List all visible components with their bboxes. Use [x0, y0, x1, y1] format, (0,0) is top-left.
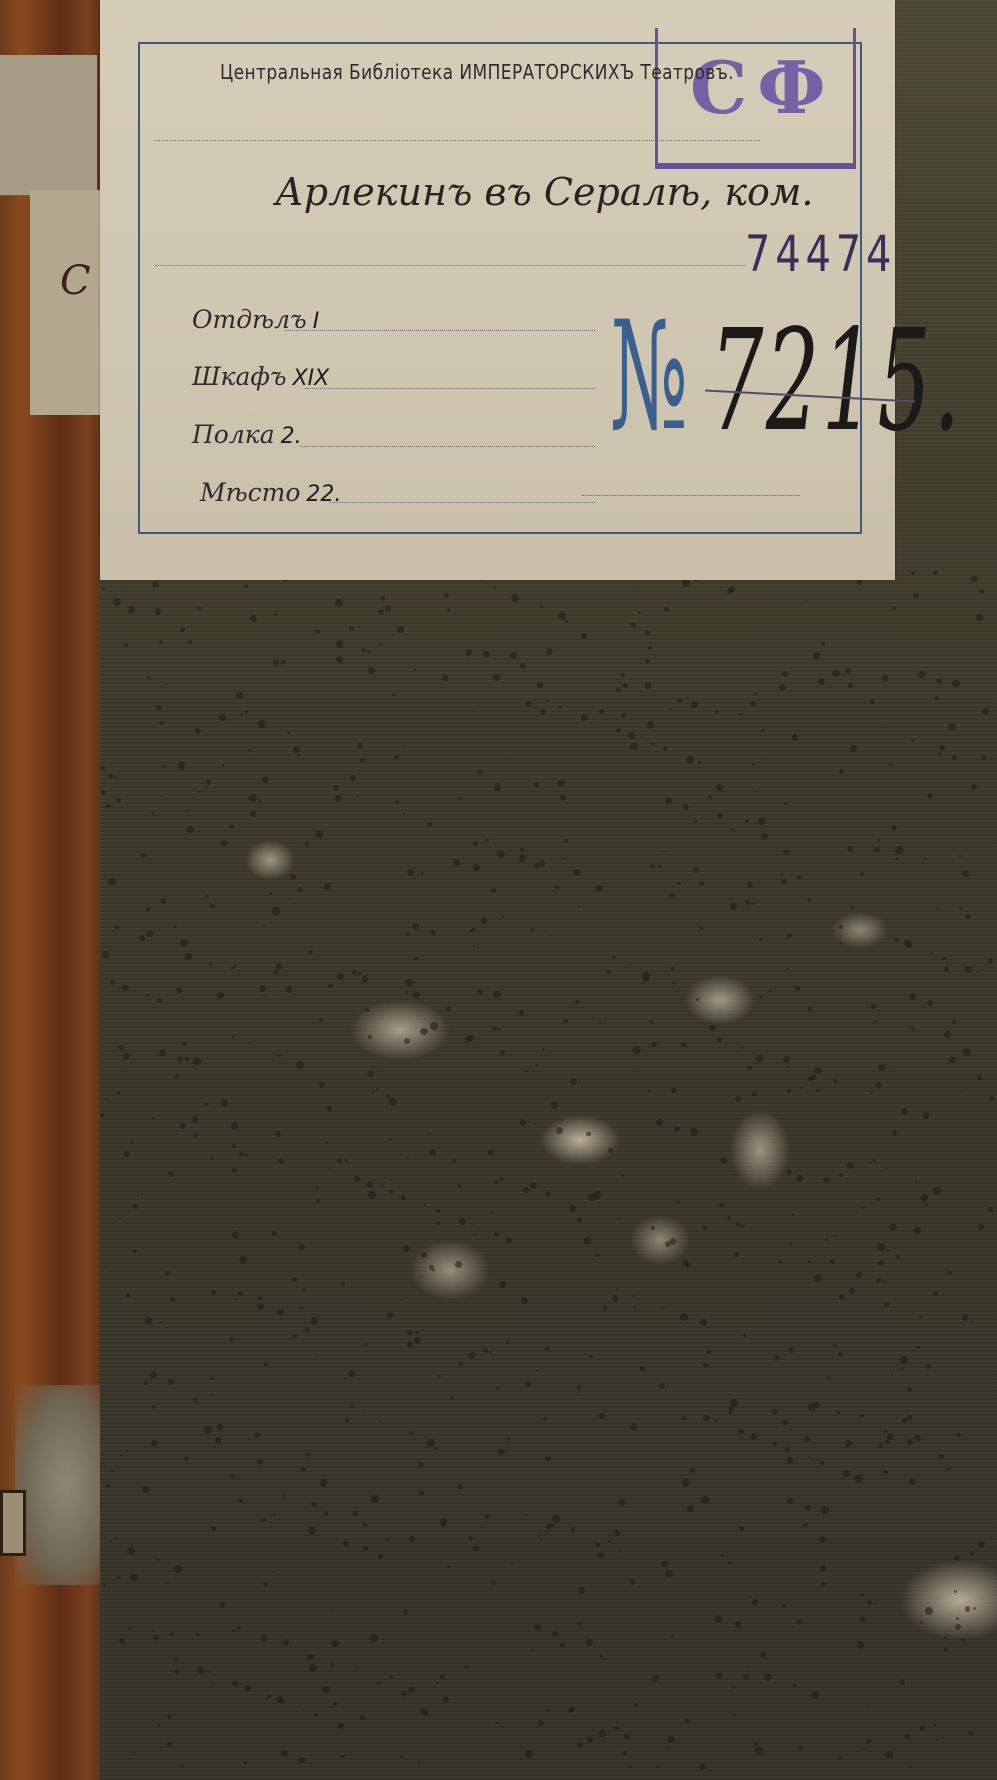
marble-speck — [420, 1708, 427, 1715]
marble-speck — [232, 1035, 235, 1038]
marble-speck — [420, 1276, 422, 1278]
marble-speck — [743, 1333, 746, 1336]
marble-speck — [787, 1457, 793, 1463]
marble-speck — [808, 1456, 810, 1458]
marble-speck — [682, 1260, 688, 1266]
marble-speck — [873, 1603, 876, 1606]
marble-speck — [418, 1762, 420, 1764]
marble-speck — [860, 1616, 866, 1622]
marble-speck — [144, 1381, 148, 1385]
marble-speck — [819, 1536, 826, 1543]
marble-speck — [124, 1151, 130, 1157]
marble-speck — [331, 1663, 335, 1667]
marble-speck — [811, 1691, 819, 1699]
marble-speck — [165, 683, 167, 685]
marble-speck — [335, 795, 341, 801]
marble-speck — [309, 1664, 317, 1672]
marble-speck — [477, 769, 482, 774]
marble-speck — [761, 833, 767, 839]
marble-speck — [915, 1180, 918, 1183]
marble-speck — [797, 875, 801, 879]
marble-speck — [911, 1027, 915, 1031]
marble-speck — [981, 755, 986, 760]
marble-speck — [404, 1038, 411, 1045]
marble-speck — [913, 593, 918, 598]
marble-speck — [664, 607, 669, 612]
marble-speck — [701, 1496, 709, 1504]
marble-speck — [279, 1699, 284, 1704]
marble-speck — [616, 728, 621, 733]
marble-speck — [892, 1130, 897, 1135]
marble-speck — [570, 1078, 577, 1085]
marble-speck — [365, 1008, 369, 1012]
marble-speck — [963, 1048, 971, 1056]
marble-speck — [249, 794, 257, 802]
marble-speck — [217, 992, 224, 999]
marble-speck — [174, 925, 177, 928]
marble-speck — [378, 1554, 382, 1558]
marble-speck — [747, 1666, 750, 1669]
marble-speck — [292, 1277, 297, 1282]
marble-speck — [873, 1159, 876, 1162]
marble-speck — [263, 1518, 266, 1521]
marble-speck — [867, 1704, 869, 1706]
marble-speck — [390, 1179, 393, 1182]
marble-speck — [716, 784, 723, 791]
marble-speck — [259, 800, 262, 803]
marble-speck — [258, 720, 266, 728]
marble-speck — [124, 643, 128, 647]
marble-speck — [650, 864, 655, 869]
marble-speck — [954, 1555, 960, 1561]
marble-speck — [709, 1769, 711, 1771]
marble-speck — [185, 809, 188, 812]
marble-speck — [845, 1440, 852, 1447]
marble-speck — [168, 1171, 174, 1177]
marble-speck — [729, 1411, 732, 1414]
marble-speck — [860, 872, 864, 876]
marble-speck — [408, 1687, 415, 1694]
marble-speck — [674, 1126, 680, 1132]
marble-speck — [838, 1352, 843, 1357]
marble-speck — [357, 794, 359, 796]
marble-speck — [789, 1243, 792, 1246]
marble-speck — [414, 668, 417, 671]
marble-speck — [535, 1064, 538, 1067]
marble-speck — [741, 1047, 743, 1049]
marble-speck — [345, 1418, 350, 1423]
marble-speck — [337, 1723, 343, 1729]
marble-speck — [917, 1346, 919, 1348]
marble-speck — [895, 938, 899, 942]
marble-speck — [349, 626, 354, 631]
marble-speck — [175, 1074, 179, 1078]
marble-speck — [573, 869, 580, 876]
marble-speck — [320, 1479, 328, 1487]
marble-speck — [159, 1321, 162, 1324]
marble-speck — [281, 1750, 288, 1757]
marble-speck — [156, 1558, 159, 1561]
marble-speck — [389, 1138, 391, 1140]
marble-speck — [161, 795, 163, 797]
marble-speck — [962, 870, 969, 877]
marble-speck — [923, 1112, 930, 1119]
marble-speck — [232, 1144, 235, 1147]
marble-speck — [867, 1600, 872, 1605]
marble-speck — [731, 828, 734, 831]
marble-speck — [891, 825, 897, 831]
marble-speck — [651, 742, 655, 746]
marble-speck — [624, 1733, 630, 1739]
marble-speck — [813, 1402, 820, 1409]
marble-speck — [296, 1061, 304, 1069]
marble-speck — [174, 1657, 178, 1661]
marble-speck — [839, 925, 843, 929]
marble-speck — [905, 1734, 910, 1739]
marble-speck — [919, 1316, 922, 1319]
marble-speck — [902, 1418, 906, 1422]
marble-speck — [845, 668, 851, 674]
marble-speck — [146, 930, 153, 937]
marble-speck — [971, 576, 977, 582]
marble-speck — [511, 594, 519, 602]
marble-speck — [497, 850, 505, 858]
marble-speck — [278, 1158, 284, 1164]
marble-speck — [471, 1223, 473, 1225]
marble-speck — [556, 1127, 563, 1134]
marble-speck — [597, 1552, 603, 1558]
marble-speck — [210, 904, 215, 909]
marble-speck — [298, 1244, 304, 1250]
marble-speck — [593, 719, 595, 721]
marble-speck — [785, 1447, 790, 1452]
marble-speck — [648, 646, 652, 650]
marble-speck — [261, 1635, 268, 1642]
marble-speck — [259, 985, 266, 992]
marble-speck — [101, 766, 105, 770]
inventory-number: 74474 — [745, 225, 896, 283]
field-polka: Полка2. — [192, 420, 302, 449]
marble-speck — [732, 1686, 735, 1689]
marble-speck — [531, 1649, 534, 1652]
marble-speck — [473, 945, 475, 947]
marble-speck — [267, 1695, 271, 1699]
marble-speck — [874, 847, 880, 853]
marble-speck — [206, 779, 211, 784]
marble-speck — [759, 938, 762, 941]
marble-speck — [691, 701, 698, 708]
marble-speck — [909, 1766, 911, 1768]
marble-speck — [483, 651, 490, 658]
marble-speck — [667, 1736, 675, 1744]
marble-speck — [643, 977, 648, 982]
marble-speck — [499, 1281, 506, 1288]
marble-speck — [538, 1535, 540, 1537]
marble-speck — [407, 1341, 414, 1348]
marble-speck — [869, 1161, 872, 1164]
marble-speck — [787, 1089, 791, 1093]
marble-speck — [430, 1022, 438, 1030]
marble-speck — [385, 1538, 389, 1542]
marble-speck — [146, 907, 151, 912]
marble-speck — [147, 676, 150, 679]
marble-speck — [667, 1747, 670, 1750]
marble-speck — [152, 581, 159, 588]
marble-speck — [584, 1237, 592, 1245]
marble-speck — [752, 763, 755, 766]
marble-speck — [558, 612, 566, 620]
marble-speck — [403, 813, 405, 815]
marble-speck — [366, 1181, 373, 1188]
marble-speck — [244, 1685, 251, 1692]
marble-speck — [520, 1119, 526, 1125]
marble-speck — [110, 1540, 113, 1543]
marble-speck — [380, 1184, 382, 1186]
marble-speck — [405, 979, 413, 987]
marble-speck — [150, 1372, 157, 1379]
marble-speck — [571, 1527, 576, 1532]
marble-speck — [486, 839, 489, 842]
marble-speck — [706, 1350, 710, 1354]
marble-speck — [354, 1176, 359, 1181]
marble-speck — [394, 755, 399, 760]
marble-speck — [389, 1190, 393, 1194]
marble-speck — [229, 824, 234, 829]
marble-speck — [546, 700, 548, 702]
marble-speck — [336, 640, 344, 648]
marble-speck — [232, 1681, 237, 1686]
marble-speck — [687, 1505, 694, 1512]
marble-speck — [275, 1131, 281, 1137]
marble-speck — [520, 848, 524, 852]
marble-speck — [211, 1526, 216, 1531]
spine-fragment — [0, 1490, 26, 1556]
marble-speck — [807, 898, 811, 902]
marble-speck — [470, 929, 473, 932]
marble-speck — [362, 976, 369, 983]
marble-speck — [407, 869, 414, 876]
marble-speck — [814, 1067, 822, 1075]
marble-speck — [760, 1652, 766, 1658]
marble-speck — [230, 1474, 235, 1479]
marble-speck — [866, 1739, 871, 1744]
marble-speck — [506, 1341, 509, 1344]
marble-speck — [821, 1582, 826, 1587]
marble-speck — [314, 1713, 317, 1716]
marble-speck — [560, 795, 566, 801]
marble-speck — [250, 615, 257, 622]
marble-speck — [936, 678, 942, 684]
marble-speck — [779, 1260, 782, 1263]
marble-speck — [581, 714, 588, 721]
marble-speck — [177, 1056, 183, 1062]
marble-speck — [821, 642, 825, 646]
marble-speck — [127, 1547, 135, 1555]
marble-speck — [808, 1076, 813, 1081]
marble-speck — [630, 622, 636, 628]
marble-speck — [607, 970, 611, 974]
marble-speck — [219, 1602, 225, 1608]
marble-speck — [440, 1518, 447, 1525]
marble-speck — [700, 1319, 707, 1326]
marble-speck — [814, 1274, 822, 1282]
marble-speck — [933, 1291, 938, 1296]
marble-speck — [409, 1536, 415, 1542]
marble-speck — [900, 1368, 903, 1371]
marble-speck — [546, 648, 553, 655]
marble-speck — [414, 957, 418, 961]
marble-speck — [761, 729, 764, 732]
marble-speck — [883, 1470, 887, 1474]
marble-speck — [787, 933, 793, 939]
marble-speck — [128, 606, 135, 613]
library-header: Центральная Библіотека ИМПЕРАТОРСКИХЪ Те… — [220, 60, 734, 84]
marble-speck — [560, 1643, 565, 1648]
marble-speck — [263, 994, 265, 996]
marble-speck — [337, 1158, 342, 1163]
marble-speck — [895, 858, 898, 861]
marble-speck — [494, 587, 497, 590]
marble-speck — [764, 1673, 772, 1681]
library-label: СФ Центральная Библіотека ИМПЕРАТОРСКИХЪ… — [100, 0, 895, 580]
marble-speck — [735, 1096, 741, 1102]
marble-speck — [106, 1484, 110, 1488]
marble-speck — [965, 914, 970, 919]
marble-speck — [839, 1294, 845, 1300]
marble-speck — [750, 1433, 757, 1440]
marble-speck — [118, 1045, 123, 1050]
marble-speck — [378, 609, 384, 615]
marble-speck — [327, 1106, 333, 1112]
marble-speck — [970, 1551, 974, 1555]
marble-speck — [925, 1607, 933, 1615]
marble-speck — [152, 1117, 155, 1120]
marble-speck — [316, 1187, 319, 1190]
marble-speck — [847, 1162, 854, 1169]
marble-speck — [847, 846, 853, 852]
marble-speck — [389, 1675, 393, 1679]
marble-speck — [820, 1461, 824, 1465]
marble-speck — [937, 908, 939, 910]
marble-speck — [139, 935, 146, 942]
marble-speck — [274, 613, 277, 616]
marble-speck — [447, 1565, 450, 1568]
marble-speck — [962, 1314, 969, 1321]
marble-speck — [186, 826, 194, 834]
marble-speck — [498, 1028, 501, 1031]
marble-speck — [114, 776, 117, 779]
marble-speck — [564, 839, 568, 843]
marble-speck — [982, 708, 989, 715]
marble-speck — [933, 570, 938, 575]
marble-speck — [209, 962, 212, 965]
marble-speck — [211, 1290, 216, 1295]
marble-speck — [851, 906, 854, 909]
marble-speck — [665, 1570, 673, 1578]
marble-speck — [108, 878, 116, 886]
marble-speck — [145, 1317, 153, 1325]
marble-speck — [952, 755, 957, 760]
marble-speck — [914, 1227, 921, 1234]
marble-speck — [798, 1745, 803, 1750]
marble-speck — [947, 1467, 951, 1471]
marble-speck — [805, 600, 807, 602]
marble-speck — [130, 1574, 138, 1582]
marble-speck — [914, 1435, 921, 1442]
marble-speck — [700, 926, 703, 929]
marble-speck — [745, 900, 750, 905]
marble-speck — [289, 898, 291, 900]
marble-speck — [222, 764, 224, 766]
marble-speck — [355, 1666, 358, 1669]
marble-speck — [368, 1191, 376, 1199]
marble-speck — [306, 1453, 310, 1457]
marble-speck — [821, 1506, 829, 1514]
marble-speck — [297, 754, 299, 756]
marble-speck — [657, 1765, 660, 1768]
marble-speck — [305, 1327, 310, 1332]
marble-speck — [907, 943, 912, 948]
marble-speck — [205, 1103, 208, 1106]
marble-speck — [180, 939, 188, 947]
marble-speck — [690, 1128, 698, 1136]
marble-speck — [891, 1373, 893, 1375]
marble-speck — [786, 968, 789, 971]
dotted-rule — [330, 502, 595, 503]
marble-speck — [628, 1765, 632, 1769]
marble-speck — [231, 1122, 238, 1129]
marble-speck — [933, 1723, 937, 1727]
marble-speck — [702, 1225, 707, 1230]
marble-speck — [832, 670, 840, 678]
marble-speck — [348, 1370, 355, 1377]
marble-speck — [882, 675, 889, 682]
marble-speck — [779, 684, 786, 691]
marble-speck — [782, 1604, 786, 1608]
marble-speck — [944, 1636, 947, 1639]
marble-speck — [843, 1470, 850, 1477]
marble-speck — [756, 1055, 763, 1062]
marble-speck — [949, 1056, 956, 1063]
marble-speck — [947, 1271, 952, 1276]
marble-speck — [281, 1317, 283, 1319]
marble-speck — [663, 746, 668, 751]
marble-speck — [153, 1635, 159, 1641]
marble-speck — [727, 588, 733, 594]
marble-speck — [123, 1053, 130, 1060]
marble-speck — [388, 1001, 390, 1003]
marble-speck — [870, 699, 875, 704]
marble-speck — [204, 1426, 211, 1433]
marble-speck — [111, 1469, 114, 1472]
marble-speck — [521, 1297, 528, 1304]
marble-speck — [545, 1347, 550, 1352]
marble-speck — [787, 1498, 794, 1505]
marble-speck — [412, 1431, 415, 1434]
marble-speck — [651, 1042, 657, 1048]
marble-speck — [176, 987, 182, 993]
marble-speck — [742, 1224, 745, 1227]
marble-speck — [100, 1113, 104, 1117]
marble-speck — [708, 795, 712, 799]
marble-speck — [577, 1218, 582, 1223]
marble-speck — [674, 982, 677, 985]
marble-speck — [468, 1536, 473, 1541]
marble-speck — [616, 688, 621, 693]
marble-speck — [599, 1730, 606, 1737]
marble-speck — [934, 696, 938, 700]
marble-speck — [549, 935, 551, 937]
